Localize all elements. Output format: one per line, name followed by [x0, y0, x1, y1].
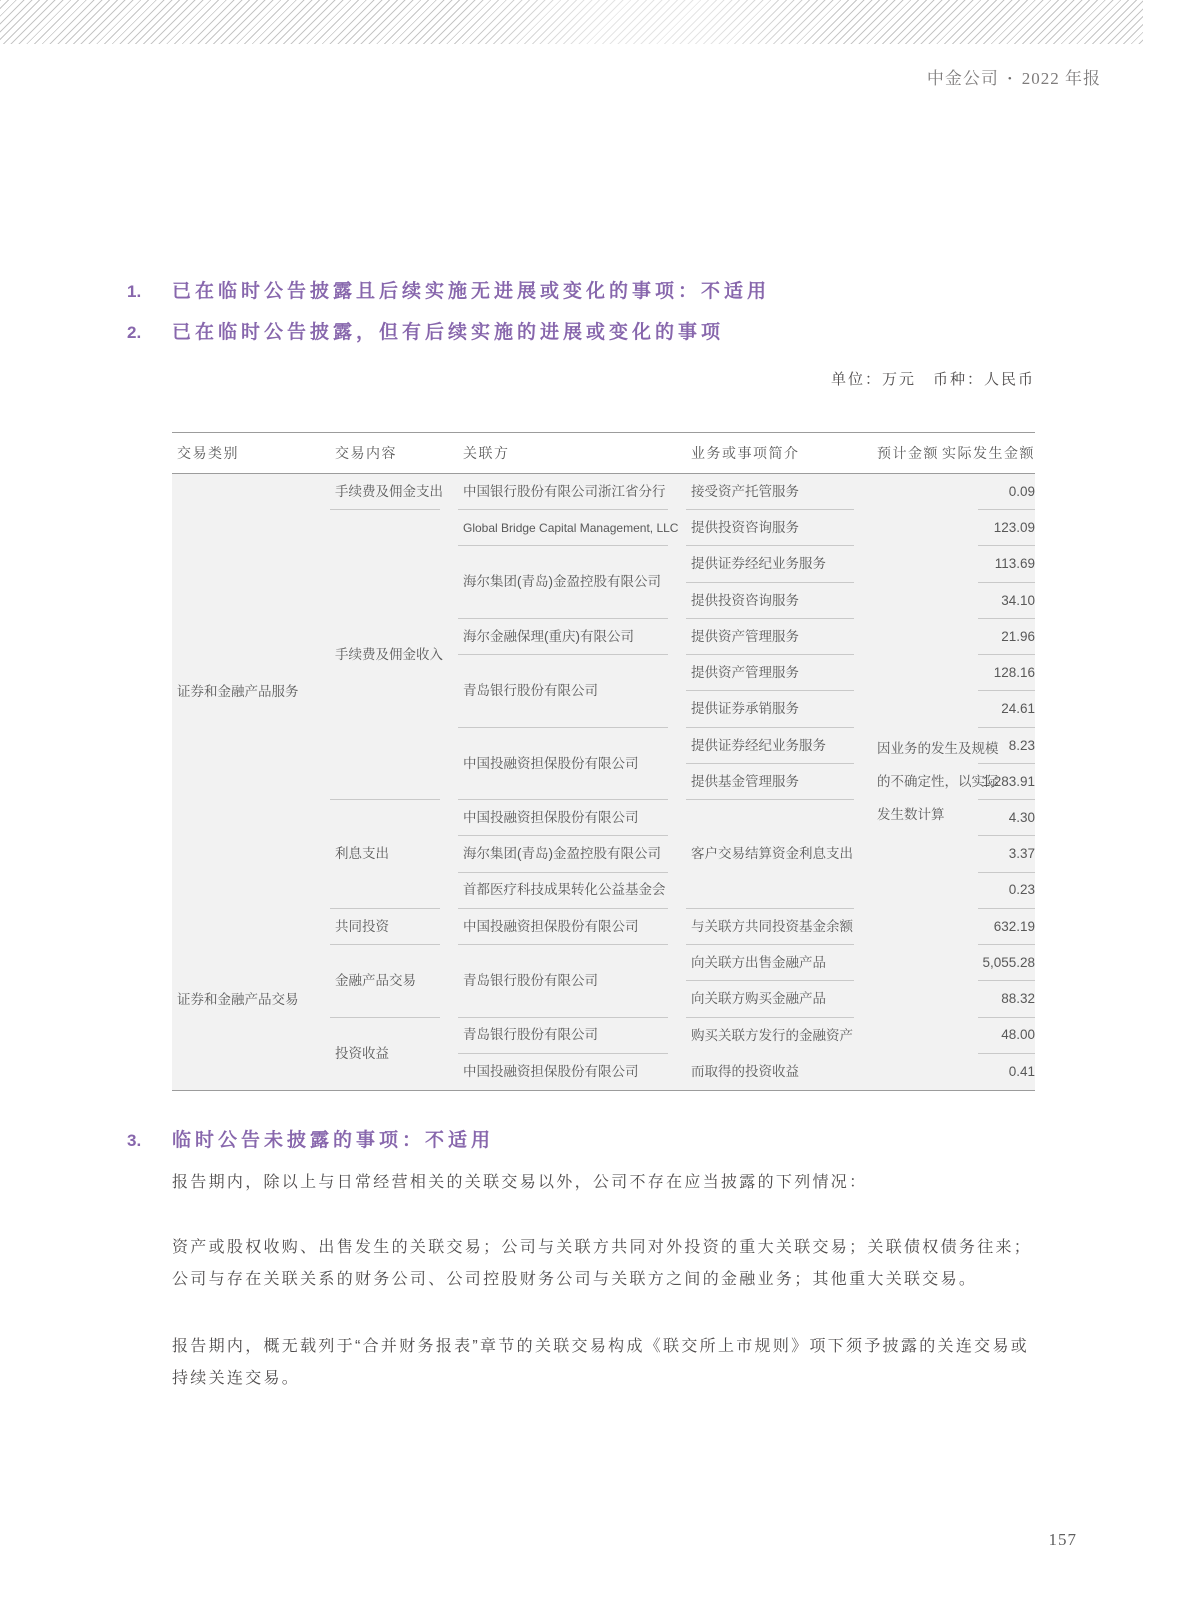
amount-cell: 113.69 [978, 546, 1035, 582]
column-header-actual-amount: 实际发生金额 [942, 443, 1035, 463]
amount-cell: 4.30 [978, 800, 1035, 836]
section-title: 临时公告未披露的事项：不适用 [172, 1129, 494, 1153]
section-number: 3. [127, 1129, 172, 1153]
party-cell: 海尔集团(青岛)金盈控股有限公司 [458, 546, 668, 618]
service-cell: 提供基金管理服务 [686, 764, 854, 800]
amount-cell: 0.09 [978, 474, 1035, 510]
paragraph-line: 持续关连交易。 [172, 1363, 1052, 1395]
content-cell: 金融产品交易 [330, 945, 440, 1017]
paragraph-hk-listing-rules: 报告期内，概无载列于“合并财务报表”章节的关联交易构成《联交所上市规则》项下须予… [172, 1331, 1052, 1395]
party-cell: 中国投融资担保股份有限公司 [458, 909, 668, 945]
party-cell: 青岛银行股份有限公司 [458, 655, 668, 727]
amount-cell: 34.10 [978, 583, 1035, 619]
content-cell: 手续费及佣金支出 [330, 474, 440, 510]
report-page: 中金公司•2022 年报 1. 已在临时公告披露且后续实施无进展或变化的事项：不… [0, 0, 1190, 1615]
bullet-separator-icon: • [1008, 73, 1013, 85]
content-cell: 投资收益 [330, 1018, 440, 1090]
related-transactions-table: 交易类别 交易内容 关联方 业务或事项简介 预计金额 实际发生金额 证券和金融产… [172, 432, 1035, 1091]
paragraph-line: 报告期内，概无载列于“合并财务报表”章节的关联交易构成《联交所上市规则》项下须予… [172, 1331, 1052, 1363]
paragraph-line: 公司与存在关联关系的财务公司、公司控股财务公司与关联方之间的金融业务；其他重大关… [172, 1264, 1052, 1296]
content-cell: 手续费及佣金收入 [330, 510, 440, 800]
paragraph-line: 报告期内，除以上与日常经营相关的关联交易以外，公司不存在应当披露的下列情况： [172, 1167, 1052, 1199]
service-cell: 提供资产管理服务 [686, 655, 854, 691]
service-cell: 向关联方购买金融产品 [686, 981, 854, 1017]
paragraph-intro: 报告期内，除以上与日常经营相关的关联交易以外，公司不存在应当披露的下列情况： [172, 1167, 1052, 1199]
amount-cell: 5,055.28 [978, 945, 1035, 981]
amount-cell: 8.23 [978, 728, 1035, 764]
section-heading-1: 1. 已在临时公告披露且后续实施无进展或变化的事项：不适用 [127, 280, 1077, 304]
service-line: 购买关联方发行的金融资产 [691, 1018, 853, 1054]
party-cell: 中国投融资担保股份有限公司 [458, 1054, 668, 1090]
column-header-category: 交易类别 [172, 443, 312, 463]
amount-cell: 0.23 [978, 873, 1035, 909]
section-number: 1. [127, 280, 172, 304]
party-cell: 首都医疗科技成果转化公益基金会 [458, 873, 668, 909]
paragraph-line: 资产或股权收购、出售发生的关联交易；公司与关联方共同对外投资的重大关联交易；关联… [172, 1232, 1052, 1264]
section-title: 已在临时公告披露，但有后续实施的进展或变化的事项 [172, 321, 724, 345]
service-cell: 提供投资咨询服务 [686, 510, 854, 546]
column-header-content: 交易内容 [330, 443, 440, 463]
party-cell: 中国银行股份有限公司浙江省分行 [458, 474, 668, 510]
unit-currency-note: 单位：万元 币种：人民币 [831, 368, 1035, 389]
service-cell: 向关联方出售金融产品 [686, 945, 854, 981]
amount-cell: 123.09 [978, 510, 1035, 546]
service-cell: 提供资产管理服务 [686, 619, 854, 655]
amount-cell: 1,283.91 [978, 764, 1035, 800]
service-cell: 购买关联方发行的金融资产 而取得的投资收益 [686, 1018, 854, 1090]
service-cell: 提供投资咨询服务 [686, 583, 854, 619]
section-number: 2. [127, 321, 172, 345]
amount-cell: 3.37 [978, 836, 1035, 872]
content-cell: 利息支出 [330, 800, 440, 909]
amount-cell: 21.96 [978, 619, 1035, 655]
page-number: 157 [1049, 1530, 1078, 1550]
party-cell: 海尔集团(青岛)金盈控股有限公司 [458, 836, 668, 872]
paragraph-undisclosed-items: 资产或股权收购、出售发生的关联交易；公司与关联方共同对外投资的重大关联交易；关联… [172, 1232, 1052, 1296]
section-heading-3: 3. 临时公告未披露的事项：不适用 [127, 1129, 1077, 1153]
service-cell: 提供证券经纪业务服务 [686, 728, 854, 764]
service-cell: 提供证券经纪业务服务 [686, 546, 854, 582]
party-cell: 海尔金融保理(重庆)有限公司 [458, 619, 668, 655]
party-cell: 中国投融资担保股份有限公司 [458, 800, 668, 836]
service-line: 而取得的投资收益 [691, 1054, 799, 1090]
report-edition: 2022 年报 [1022, 69, 1101, 88]
category-cell: 证券和金融产品交易 [172, 909, 312, 1090]
amount-cell: 128.16 [978, 655, 1035, 691]
section-heading-2: 2. 已在临时公告披露，但有后续实施的进展或变化的事项 [127, 321, 1077, 345]
category-cell: 证券和金融产品服务 [172, 474, 312, 909]
amount-cell: 0.41 [978, 1054, 1035, 1090]
section-title: 已在临时公告披露且后续实施无进展或变化的事项：不适用 [172, 280, 770, 304]
company-name: 中金公司 [927, 69, 999, 88]
party-cell: 青岛银行股份有限公司 [458, 1018, 668, 1054]
table-body: 证券和金融产品服务 证券和金融产品交易 手续费及佣金支出 手续费及佣金收入 利息… [172, 474, 1035, 1091]
service-cell: 客户交易结算资金利息支出 [686, 800, 854, 909]
estimated-amount-note: 因业务的发生及规模 的不确定性，以实际 发生数计算 [872, 474, 960, 1090]
table-header-row: 交易类别 交易内容 关联方 业务或事项简介 预计金额 实际发生金额 [172, 432, 1035, 474]
content-cell: 共同投资 [330, 909, 440, 945]
party-cell: 中国投融资担保股份有限公司 [458, 728, 668, 800]
service-cell: 提供证券承销服务 [686, 691, 854, 727]
running-head: 中金公司•2022 年报 [927, 64, 1101, 89]
amount-cell: 48.00 [978, 1018, 1035, 1054]
party-cell: 青岛银行股份有限公司 [458, 945, 668, 1017]
hatched-banner [0, 0, 1143, 44]
column-header-party: 关联方 [458, 443, 668, 463]
amount-cell: 632.19 [978, 909, 1035, 945]
service-cell: 与关联方共同投资基金余额 [686, 909, 854, 945]
amount-cell: 24.61 [978, 691, 1035, 727]
amount-cell: 88.32 [978, 981, 1035, 1017]
party-cell: Global Bridge Capital Management, LLC [458, 510, 668, 546]
service-cell: 接受资产托管服务 [686, 474, 854, 510]
note-line: 发生数计算 [877, 798, 945, 831]
column-header-service: 业务或事项简介 [686, 443, 854, 463]
